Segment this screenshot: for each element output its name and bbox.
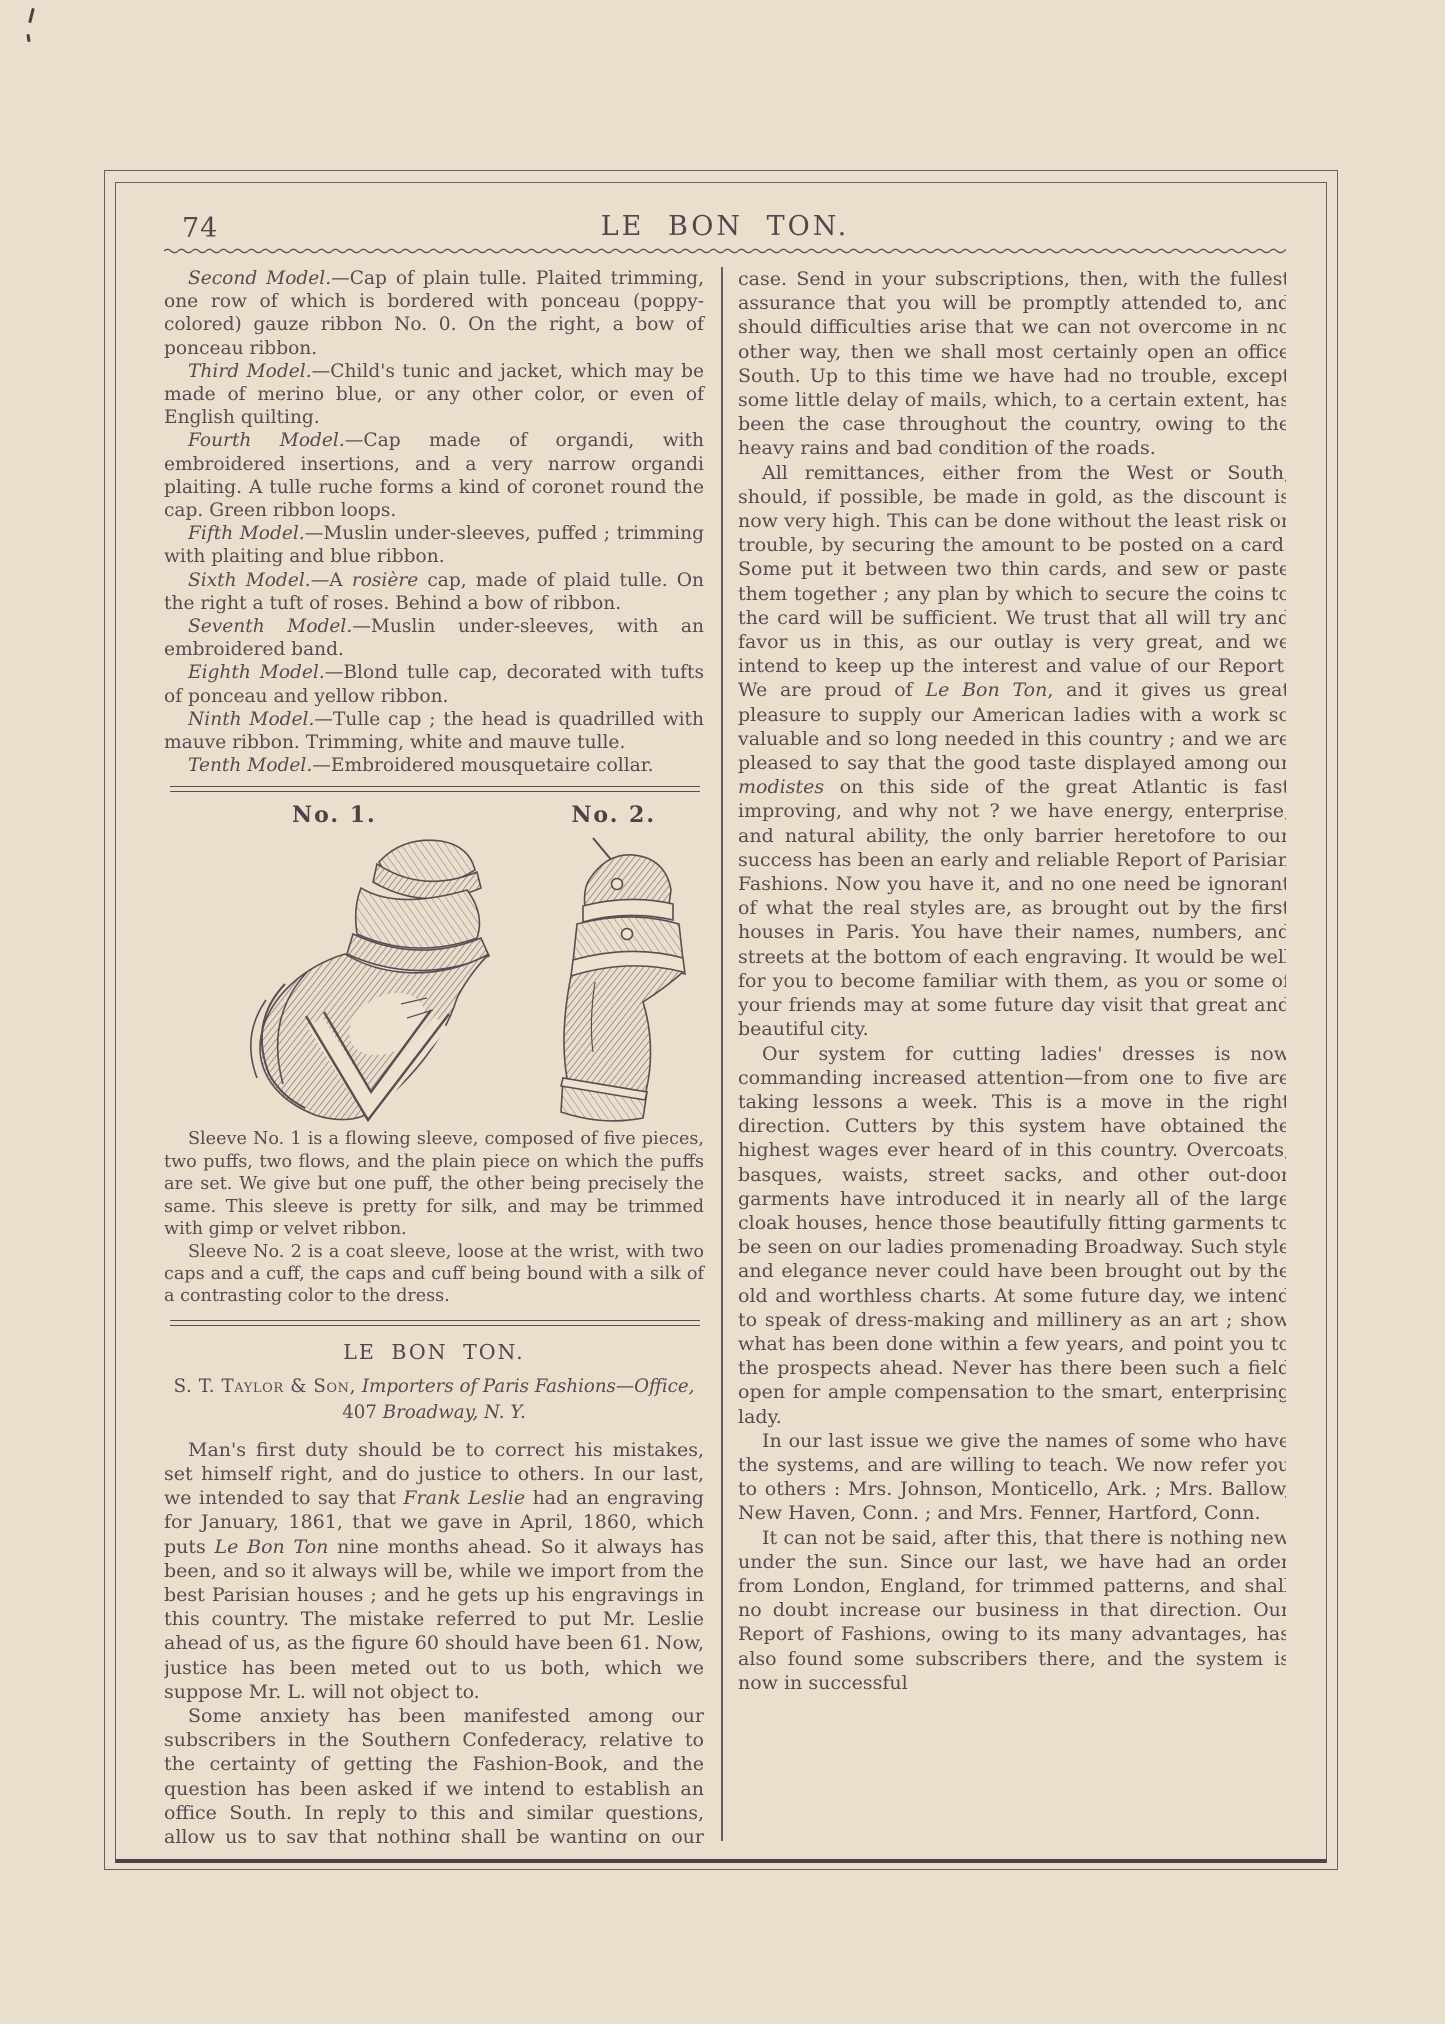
double-rule-divider xyxy=(170,786,700,792)
left-column: Second Model.—Cap of plain tulle. Plaite… xyxy=(164,267,704,1843)
text-segment: —Embroidered mousquetaire collar. xyxy=(312,755,653,776)
model-paragraph: Sixth Model.—A rosière cap, made of plai… xyxy=(164,569,704,615)
right-column: case. Send in your subscriptions, then, … xyxy=(738,267,1286,1843)
text-segment: nine months ahead. So it always has been… xyxy=(164,1536,704,1703)
text-segment: Tenth Model. xyxy=(188,755,312,776)
text-segment: Le Bon Ton xyxy=(215,1536,329,1558)
sleeve-no2-engraving xyxy=(561,838,685,1121)
text-segment: Fifth Model. xyxy=(188,523,305,544)
text-segment: case. Send in your subscriptions, then, … xyxy=(738,268,1286,459)
text-segment: In our last issue we give the names of s… xyxy=(738,1430,1286,1525)
text-segment: Eighth Model. xyxy=(188,662,325,683)
page-header: 74 LE BON TON. xyxy=(164,183,1286,245)
text-segment: Fourth Model. xyxy=(188,430,345,451)
page-title: LE BON TON. xyxy=(164,211,1286,242)
text-segment: Some anxiety has been manifested among o… xyxy=(164,1705,704,1843)
article-paragraph: It can not be said, after this, that the… xyxy=(738,1526,1286,1695)
model-paragraph: Ninth Model.—Tulle cap ; the head is qua… xyxy=(164,708,704,754)
model-paragraph: Tenth Model.—Embroidered mousquetaire co… xyxy=(164,754,704,777)
double-rule-divider xyxy=(170,1320,700,1326)
text-segment: Le Bon Ton xyxy=(925,679,1047,701)
column-divider-rule xyxy=(721,267,723,1841)
text-segment: Second Model. xyxy=(188,268,331,289)
model-paragraph: Eighth Model.—Blond tulle cap, decorated… xyxy=(164,661,704,707)
text-segment: S. T. Taylor & Son, xyxy=(174,1376,356,1397)
model-paragraph: Fourth Model.—Cap made of organdi, with … xyxy=(164,429,704,522)
text-segment: 407 xyxy=(342,1402,383,1423)
text-segment: Third Model. xyxy=(188,361,312,382)
text-segment: modistes xyxy=(738,776,824,798)
page-border-frame: 74 LE BON TON. Second Model.—Cap of plai… xyxy=(104,170,1338,1870)
text-segment: Ninth Model. xyxy=(188,709,314,730)
section-heading: LE BON TON. xyxy=(164,1340,704,1364)
model-paragraph: Fifth Model.—Muslin under-sleeves, puffe… xyxy=(164,522,704,568)
article-paragraph: case. Send in your subscriptions, then, … xyxy=(738,267,1286,461)
text-segment: Broadway, N. Y. xyxy=(383,1402,526,1423)
model-paragraph: Seventh Model.—Muslin under-sleeves, wit… xyxy=(164,615,704,661)
caption-sleeve-no2: Sleeve No. 2 is a coat sleeve, loose at … xyxy=(164,1241,704,1308)
figure-label-no1: No. 1. xyxy=(292,802,377,828)
wavy-divider xyxy=(164,247,1286,255)
text-segment: All remittances, either from the West or… xyxy=(738,462,1286,702)
scan-artifact xyxy=(28,8,35,23)
page-inner-frame: 74 LE BON TON. Second Model.—Cap of plai… xyxy=(115,182,1327,1863)
publisher-byline: S. T. Taylor & Son, Importers of Paris F… xyxy=(164,1374,704,1426)
figure-label-no2: No. 2. xyxy=(571,802,656,828)
article-paragraph: All remittances, either from the West or… xyxy=(738,461,1286,1042)
sleeve-engravings-illustration xyxy=(165,832,703,1122)
text-segment: It can not be said, after this, that the… xyxy=(738,1527,1286,1694)
text-segment: Our system for cutting ladies' dresses i… xyxy=(738,1043,1286,1428)
scan-artifact xyxy=(26,34,30,42)
model-descriptions: Second Model.—Cap of plain tulle. Plaite… xyxy=(164,267,704,777)
model-paragraph: Third Model.—Child's tunic and jacket, w… xyxy=(164,360,704,430)
text-segment: on this side of the great Atlantic is fa… xyxy=(738,776,1286,1040)
scanned-magazine-page: { "colors": { "paper": "#eadfcc", "ink":… xyxy=(0,0,1445,2024)
model-paragraph: Second Model.—Cap of plain tulle. Plaite… xyxy=(164,267,704,360)
article-paragraph: Man's first duty should be to correct hi… xyxy=(164,1438,704,1704)
sleeve-no1-engraving xyxy=(251,841,489,1121)
article-paragraph: Some anxiety has been manifested among o… xyxy=(164,1704,704,1843)
text-segment: —A xyxy=(311,570,352,591)
caption-sleeve-no1: Sleeve No. 1 is a flowing sleeve, compos… xyxy=(164,1128,704,1240)
text-segment: Importers of Paris Fashions—Office, xyxy=(362,1376,695,1397)
text-segment: Frank Leslie xyxy=(403,1487,525,1509)
text-segment: rosière xyxy=(352,570,418,591)
text-segment: Seventh Model. xyxy=(188,616,352,637)
figure-labels: No. 1. No. 2. xyxy=(164,802,704,828)
two-column-layout: Second Model.—Cap of plain tulle. Plaite… xyxy=(164,267,1286,1843)
text-segment: Sixth Model. xyxy=(188,570,311,591)
article-paragraph: Our system for cutting ladies' dresses i… xyxy=(738,1042,1286,1429)
figure-captions: Sleeve No. 1 is a flowing sleeve, compos… xyxy=(164,1128,704,1307)
article-paragraph: In our last issue we give the names of s… xyxy=(738,1429,1286,1526)
